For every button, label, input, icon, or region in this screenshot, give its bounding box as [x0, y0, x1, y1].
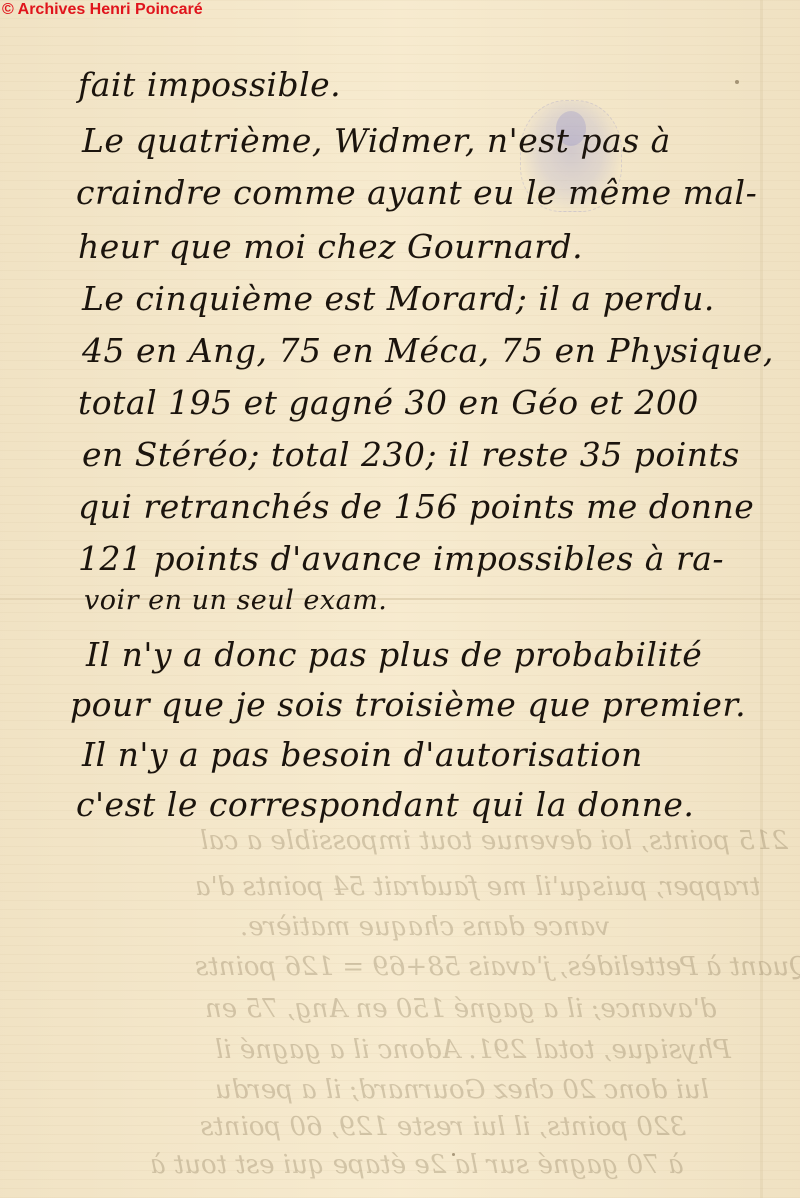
letter-line: Le cinquième est Morard; il a perdu. [82, 279, 715, 318]
bleed-line: d'avance; il a gagné 150 en Ang, 75 en [205, 994, 717, 1024]
letter-line: Il n'y a pas besoin d'autorisation [82, 735, 643, 774]
bleed-line: à 70 gagné sur la 2e étape qui est tout … [150, 1150, 683, 1180]
letter-line: Il n'y a donc pas plus de probabilité [86, 635, 702, 674]
paper-speck [452, 1153, 455, 1156]
letter-line: voir en un seul exam. [84, 585, 387, 616]
letter-line: total 195 et gagné 30 en Géo et 200 [78, 383, 699, 422]
letter-line: fait impossible. [78, 65, 341, 104]
bleed-line: trapper, puisqu'il me faudrait 54 points… [195, 872, 760, 902]
paper-speck [735, 80, 739, 84]
letter-line: pour que je sois troisième que premier. [70, 685, 746, 724]
scanned-letter-page: 215 points, loi devenue tout impossible … [0, 0, 800, 1198]
letter-line: Le quatrième, Widmer, n'est pas à [82, 121, 671, 160]
bleed-line: 215 points, loi devenue tout impossible … [200, 826, 788, 856]
copyright-label: © Archives Henri Poincaré [2, 1, 203, 19]
letter-line: 45 en Ang, 75 en Méca, 75 en Physique, [82, 331, 774, 370]
bleed-line: Physique, total 291. Adonc il a gagné il [215, 1035, 731, 1065]
bleed-line-text: d'avance; il a gagné 150 en Ang, 75 en [205, 994, 717, 1024]
letter-line: c'est le correspondant qui la donne. [76, 785, 694, 824]
letter-line: qui retranchés de 156 points me donne [78, 487, 754, 526]
bleed-line: 320 points, il lui reste 129, 60 points [200, 1112, 686, 1142]
paper-edge-crease [760, 0, 763, 1198]
letter-line: craindre comme ayant eu le même mal- [76, 173, 757, 212]
letter-line: 121 points d'avance impossibles à ra- [78, 539, 724, 578]
bleed-line: lui donc 20 chez Gournard; il a perdu [215, 1075, 709, 1105]
bleed-line: vance dans chaque matière. [240, 912, 610, 942]
bleed-line: Quant à Pettelidès, j'avais 58+69 = 126 … [195, 952, 800, 982]
letter-line: en Stéréo; total 230; il reste 35 points [82, 435, 740, 474]
letter-line: heur que moi chez Gournard. [78, 227, 583, 266]
